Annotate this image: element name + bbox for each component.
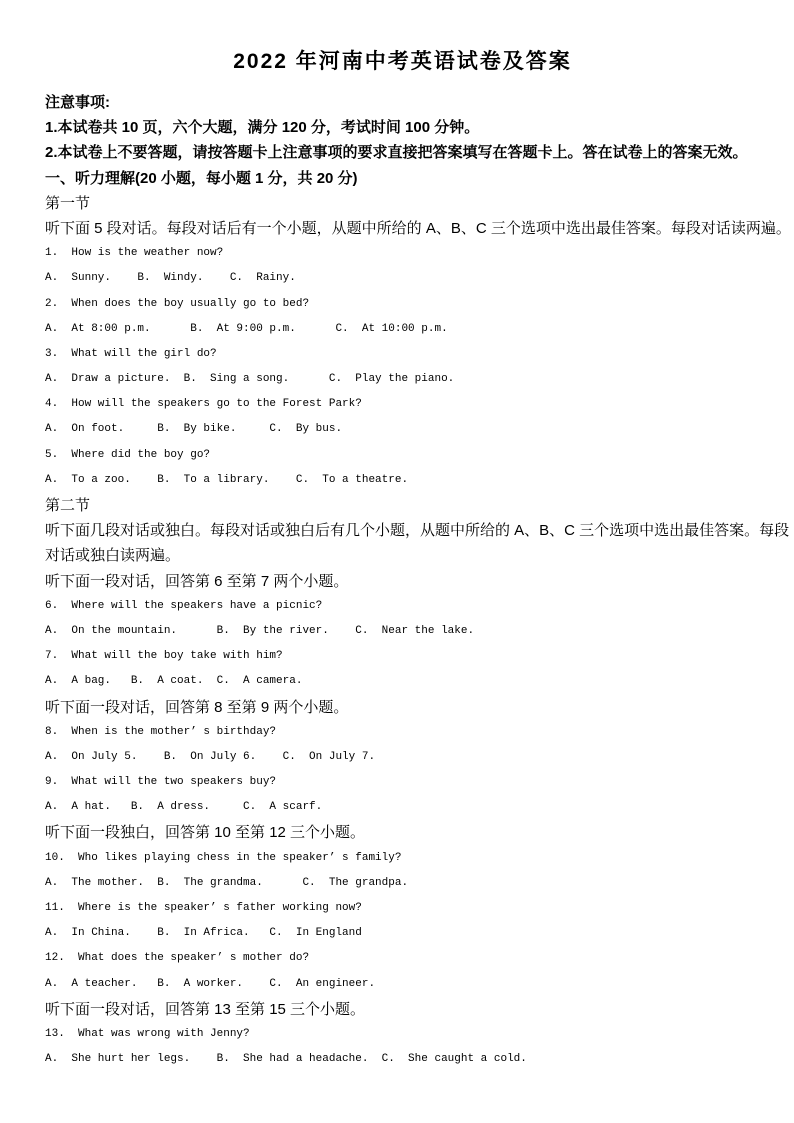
section-2-instructions-1: 听下面几段对话或独白。每段对话或独白后有几个小题，从题中所给的 A、B、C 三个… bbox=[45, 518, 760, 543]
question-1: 1. How is the weather now? bbox=[45, 241, 760, 266]
options-10: A. The mother. B. The grandma. C. The gr… bbox=[45, 871, 760, 896]
notice-item-1: 1.本试卷共 10 页，六个大题，满分 120 分，考试时间 100 分钟。 bbox=[45, 115, 760, 140]
monolog-10-12-instructions: 听下面一段独白，回答第 10 至第 12 三个小题。 bbox=[45, 820, 760, 845]
question-13: 13. What was wrong with Jenny? bbox=[45, 1022, 760, 1047]
question-8: 8. When is the mother’ s birthday? bbox=[45, 720, 760, 745]
section-1-heading: 第一节 bbox=[45, 191, 760, 216]
options-6: A. On the mountain. B. By the river. C. … bbox=[45, 619, 760, 644]
exam-paper-page: 2022 年河南中考英语试卷及答案 注意事项:1.本试卷共 10 页，六个大题，… bbox=[0, 0, 794, 1123]
dialog-13-15-instructions: 听下面一段对话，回答第 13 至第 15 三个小题。 bbox=[45, 997, 760, 1022]
question-2: 2. When does the boy usually go to bed? bbox=[45, 292, 760, 317]
page-title: 2022 年河南中考英语试卷及答案 bbox=[45, 46, 760, 78]
options-12: A. A teacher. B. A worker. C. An enginee… bbox=[45, 972, 760, 997]
options-1: A. Sunny. B. Windy. C. Rainy. bbox=[45, 266, 760, 291]
options-9: A. A hat. B. A dress. C. A scarf. bbox=[45, 795, 760, 820]
question-6: 6. Where will the speakers have a picnic… bbox=[45, 594, 760, 619]
section-2-heading: 第二节 bbox=[45, 493, 760, 518]
question-4: 4. How will the speakers go to the Fores… bbox=[45, 392, 760, 417]
notice-item-2: 2.本试卷上不要答题，请按答题卡上注意事项的要求直接把答案填写在答题卡上。答在试… bbox=[45, 140, 760, 165]
notice-heading: 注意事项: bbox=[45, 90, 760, 115]
options-7: A. A bag. B. A coat. C. A camera. bbox=[45, 669, 760, 694]
options-3: A. Draw a picture. B. Sing a song. C. Pl… bbox=[45, 367, 760, 392]
question-10: 10. Who likes playing chess in the speak… bbox=[45, 846, 760, 871]
question-3: 3. What will the girl do? bbox=[45, 342, 760, 367]
options-11: A. In China. B. In Africa. C. In England bbox=[45, 921, 760, 946]
options-5: A. To a zoo. B. To a library. C. To a th… bbox=[45, 468, 760, 493]
part-1-heading: 一、听力理解(20 小题，每小题 1 分，共 20 分) bbox=[45, 166, 760, 191]
question-9: 9. What will the two speakers buy? bbox=[45, 770, 760, 795]
question-12: 12. What does the speaker’ s mother do? bbox=[45, 946, 760, 971]
dialog-8-9-instructions: 听下面一段对话，回答第 8 至第 9 两个小题。 bbox=[45, 695, 760, 720]
question-11: 11. Where is the speaker’ s father worki… bbox=[45, 896, 760, 921]
question-5: 5. Where did the boy go? bbox=[45, 443, 760, 468]
options-13: A. She hurt her legs. B. She had a heada… bbox=[45, 1047, 760, 1072]
question-7: 7. What will the boy take with him? bbox=[45, 644, 760, 669]
section-1-instructions: 听下面 5 段对话。每段对话后有一个小题，从题中所给的 A、B、C 三个选项中选… bbox=[45, 216, 760, 241]
section-2-instructions-2: 对话或独白读两遍。 bbox=[45, 543, 760, 568]
document-lines: 注意事项:1.本试卷共 10 页，六个大题，满分 120 分，考试时间 100 … bbox=[45, 90, 760, 1072]
options-8: A. On July 5. B. On July 6. C. On July 7… bbox=[45, 745, 760, 770]
options-2: A. At 8:00 p.m. B. At 9:00 p.m. C. At 10… bbox=[45, 317, 760, 342]
options-4: A. On foot. B. By bike. C. By bus. bbox=[45, 417, 760, 442]
dialog-6-7-instructions: 听下面一段对话，回答第 6 至第 7 两个小题。 bbox=[45, 569, 760, 594]
